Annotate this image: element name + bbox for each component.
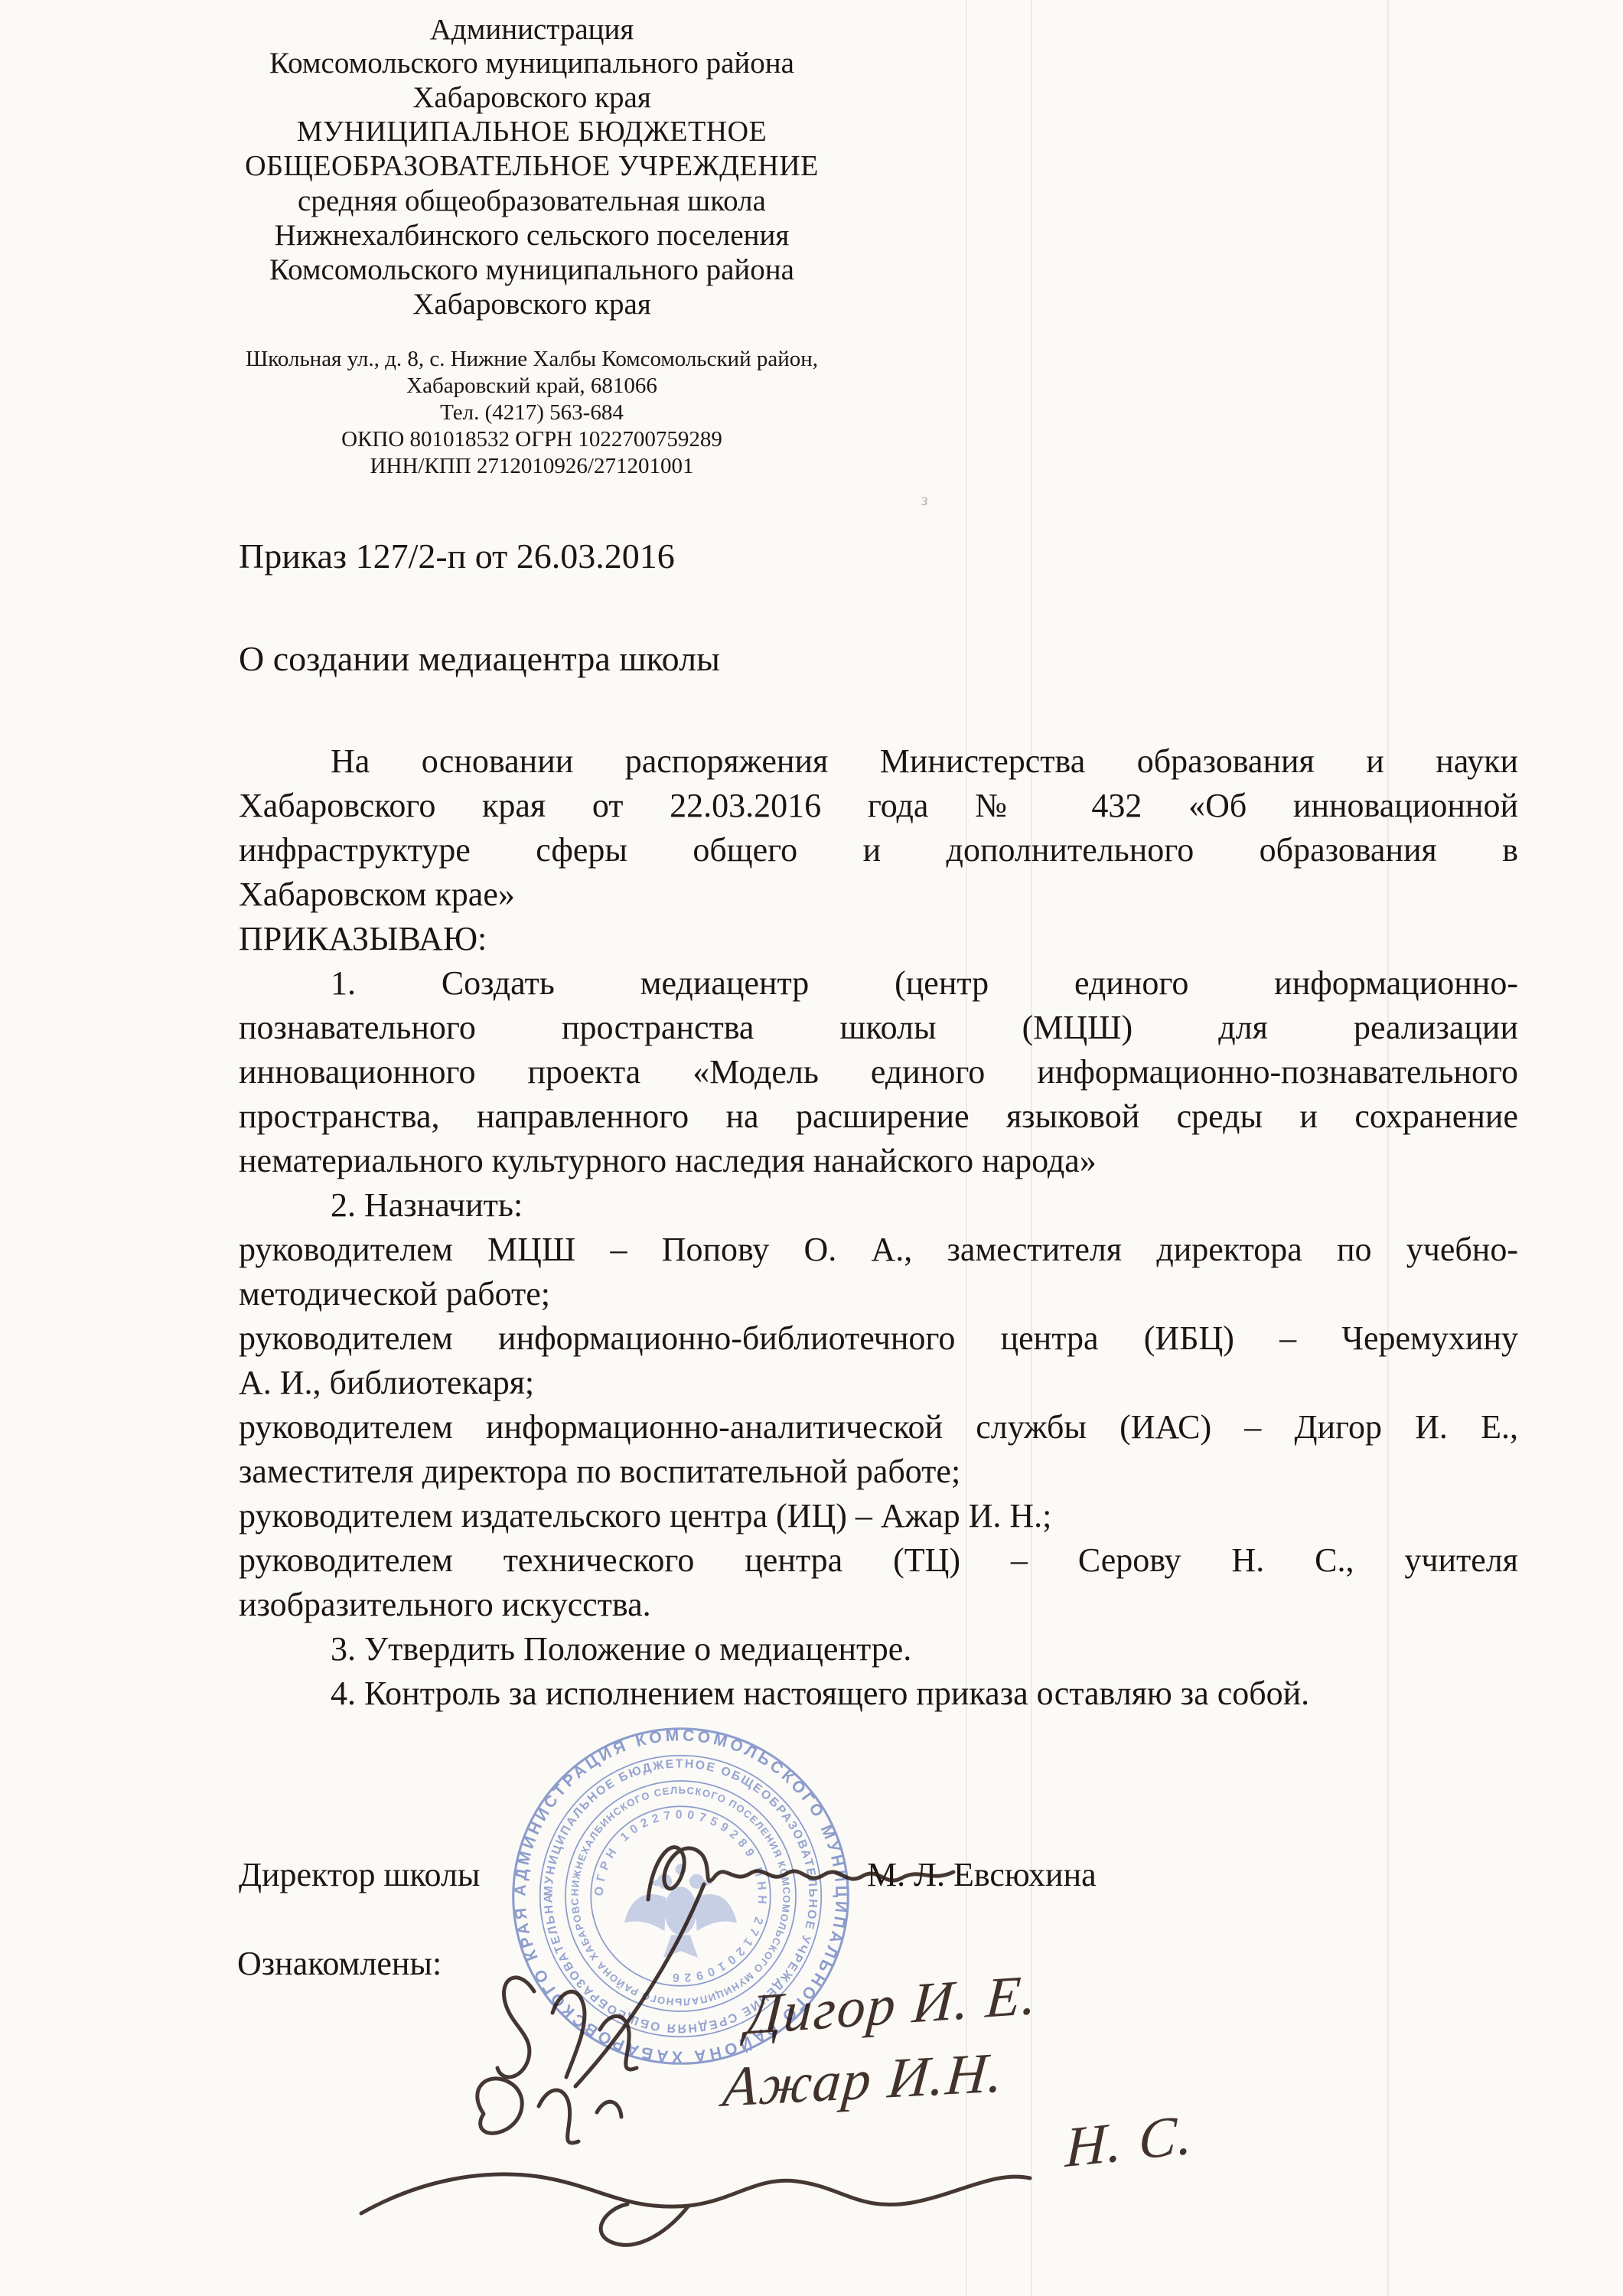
- order-subject: О создании медиацентра школы: [239, 638, 720, 679]
- order-body: На основании распоряжения Министерства о…: [239, 739, 1518, 1716]
- body-line: руководителем издательского центра (ИЦ) …: [239, 1494, 1518, 1538]
- signature-flourishes: [306, 1783, 1316, 2288]
- order-number-line: Приказ 127/2-п от 26.03.2016: [239, 536, 675, 576]
- letterhead-line: Администрация: [226, 20, 838, 46]
- body-line: На основании распоряжения Министерства о…: [239, 739, 1518, 784]
- contact-line: Школьная ул., д. 8, с. Нижние Халбы Комс…: [226, 346, 838, 373]
- body-line: ПРИКАЗЫВАЮ:: [239, 917, 1518, 961]
- body-line: руководителем информационно-библиотечног…: [239, 1316, 1518, 1361]
- body-line: 2. Назначить:: [239, 1183, 1518, 1228]
- letterhead-line: МУНИЦИПАЛЬНОЕ БЮДЖЕТНОЕ: [226, 115, 838, 149]
- letterhead-line-clipped: Администрация: [226, 20, 838, 46]
- body-line: заместителя директора по воспитательной …: [239, 1450, 1518, 1494]
- letterhead-line: Хабаровского края: [226, 287, 838, 321]
- body-line: пространства, направленного на расширени…: [239, 1094, 1518, 1139]
- body-line: Хабаровского края от 22.03.2016 года № 4…: [239, 784, 1518, 828]
- contact-line: ИНН/КПП 2712010926/271201001: [226, 453, 838, 480]
- letterhead-line: Хабаровского края: [226, 80, 838, 115]
- letterhead: Администрация Комсомольского муниципальн…: [226, 20, 838, 321]
- contact-block: Школьная ул., д. 8, с. Нижние Халбы Комс…: [226, 346, 838, 480]
- letterhead-line: Нижнехалбинского сельского поселения: [226, 218, 838, 253]
- contact-line: Хабаровский край, 681066: [226, 373, 838, 400]
- ack-signature-1: [497, 1978, 637, 2077]
- body-line: инновационного проекта «Модель единого и…: [239, 1050, 1518, 1094]
- contact-line: Тел. (4217) 563-684: [226, 400, 838, 426]
- body-line: познавательного пространства школы (МЦШ)…: [239, 1006, 1518, 1050]
- letterhead-line: ОБЩЕОБРАЗОВАТЕЛЬНОЕ УЧРЕЖДЕНИЕ: [226, 149, 838, 184]
- letterhead-line: Комсомольского муниципального района: [226, 46, 838, 80]
- body-line: А. И., библиотекаря;: [239, 1361, 1518, 1405]
- letterhead-line: средняя общеобразовательная школа: [226, 184, 838, 218]
- body-line: инфраструктуре сферы общего и дополнител…: [239, 828, 1518, 872]
- body-line: руководителем технического центра (ТЦ) –…: [239, 1538, 1518, 1583]
- scan-stray-mark: з: [920, 490, 929, 510]
- director-signature-tail: [575, 1884, 704, 2086]
- contact-line: ОКПО 801018532 ОГРН 1022700759289: [226, 426, 838, 453]
- director-signature: [648, 1848, 953, 1900]
- body-line: руководителем информационно-аналитическо…: [239, 1405, 1518, 1450]
- ack-signature-2: [477, 2079, 621, 2143]
- body-line: методической работе;: [239, 1272, 1518, 1316]
- letterhead-line: Комсомольского муниципального района: [226, 253, 838, 287]
- ack-signature-3: [361, 2174, 1030, 2245]
- body-line: руководителем МЦШ – Попову О. А., замест…: [239, 1228, 1518, 1272]
- body-line: нематериального культурного наследия нан…: [239, 1139, 1518, 1183]
- body-line: Хабаровском крае»: [239, 872, 1518, 917]
- body-line: изобразительного искусства.: [239, 1583, 1518, 1627]
- scanned-order-document: з Администрация Комсомольского муниципал…: [0, 0, 1623, 2296]
- body-line: 3. Утвердить Положение о медиацентре.: [239, 1627, 1518, 1671]
- body-line: 4. Контроль за исполнением настоящего пр…: [239, 1671, 1518, 1716]
- body-line: 1. Создать медиацентр (центр единого инф…: [239, 961, 1518, 1006]
